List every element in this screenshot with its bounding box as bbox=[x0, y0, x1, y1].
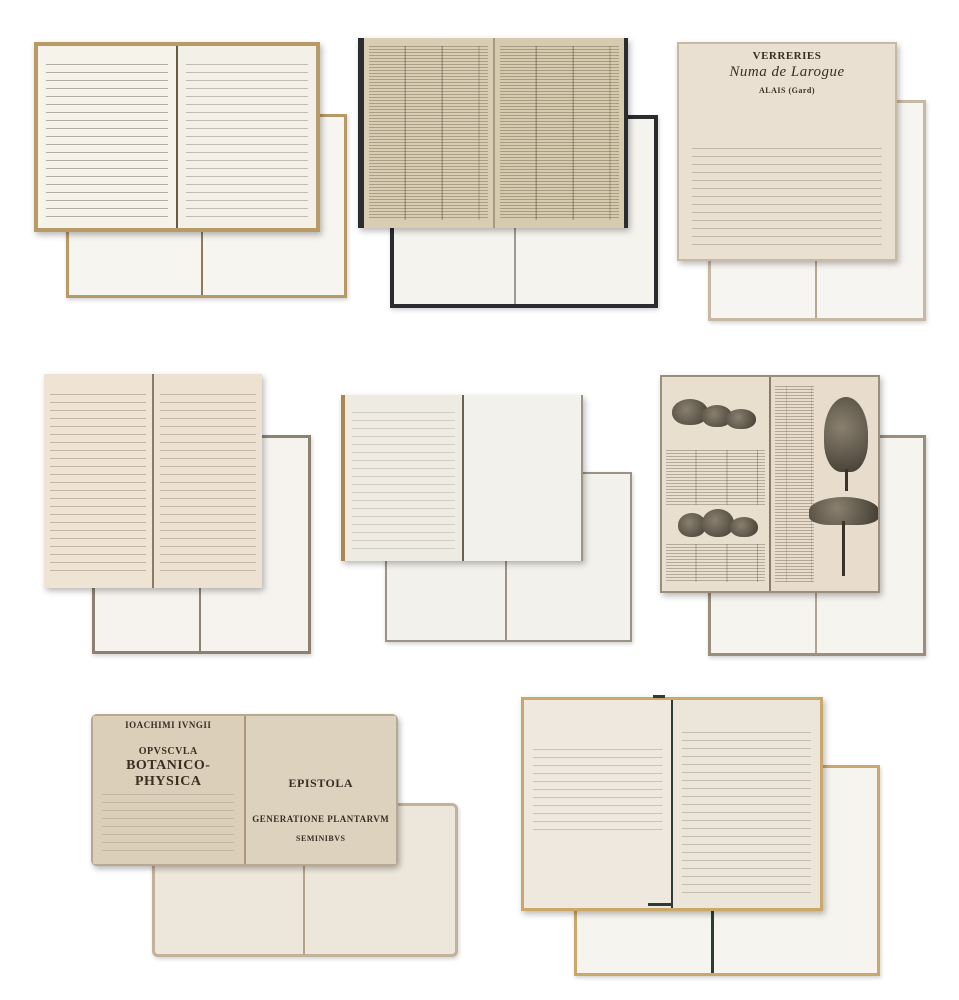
left-title-page: IOACHIMI IVNGII OPVSCVLA BOTANICO-PHYSIC… bbox=[93, 716, 244, 864]
binding-strap bbox=[648, 903, 672, 906]
open-spread bbox=[358, 38, 628, 228]
invoice-header-city: ALAIS (Gard) bbox=[679, 86, 895, 95]
left-page bbox=[662, 377, 769, 591]
left-page bbox=[38, 46, 176, 228]
right-page bbox=[495, 38, 624, 228]
landscape-engraving-icon bbox=[674, 507, 762, 545]
right-page bbox=[464, 395, 583, 561]
left-page bbox=[44, 374, 152, 588]
right-page bbox=[771, 377, 878, 591]
landscape-engraving-icon bbox=[672, 397, 760, 435]
binding-strap bbox=[653, 695, 665, 698]
tree-engraving-icon bbox=[809, 497, 878, 577]
right-page bbox=[178, 46, 316, 228]
tree-engraving-icon bbox=[821, 397, 871, 492]
title-spread: IOACHIMI IVNGII OPVSCVLA BOTANICO-PHYSIC… bbox=[91, 714, 398, 866]
invoice-header-name: Numa de Larogue bbox=[679, 64, 895, 81]
right-title-page: EPISTOLA GENERATIONE PLANTARVM SEMINIBVS bbox=[246, 716, 397, 864]
open-spread bbox=[521, 697, 823, 911]
right-page bbox=[673, 700, 820, 908]
left-page bbox=[341, 395, 462, 561]
open-spread bbox=[341, 395, 583, 561]
open-spread bbox=[660, 375, 880, 593]
left-page bbox=[364, 38, 493, 228]
invoice-header-verreries: VERRERIES bbox=[679, 50, 895, 62]
open-spread bbox=[44, 374, 262, 588]
open-spread bbox=[34, 42, 320, 232]
left-page bbox=[524, 700, 671, 908]
right-page bbox=[154, 374, 262, 588]
invoice-page: VERRERIES Numa de Larogue ALAIS (Gard) bbox=[677, 42, 897, 261]
